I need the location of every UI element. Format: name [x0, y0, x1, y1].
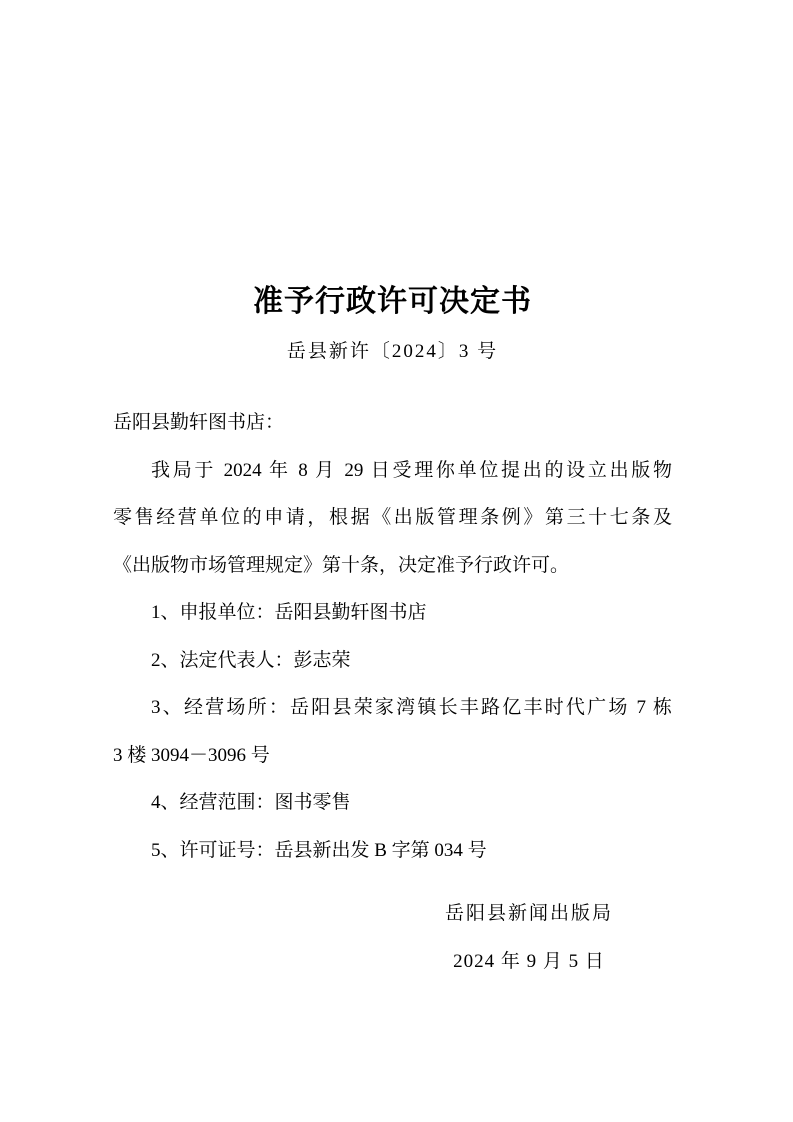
issue-date: 2024 年 9 月 5 日	[445, 938, 613, 986]
body-line: 《出版物市场管理规定》第十条，决定准予行政许可。	[113, 542, 672, 590]
body-line: 3、经营场所：岳阳县荣家湾镇长丰路亿丰时代广场 7 栋	[113, 684, 672, 732]
body-line: 我局于 2024 年 8 月 29 日受理你单位提出的设立出版物	[113, 447, 672, 495]
document-page: 准予行政许可决定书 岳县新许〔2024〕3 号 岳阳县勤轩图书店：我局于 202…	[0, 0, 793, 1122]
document-body: 岳阳县勤轩图书店：我局于 2024 年 8 月 29 日受理你单位提出的设立出版…	[113, 399, 672, 874]
issuer-name: 岳阳县新闻出版局	[445, 890, 613, 938]
body-line: 3 楼 3094－3096 号	[113, 732, 672, 780]
body-line: 4、经营范围：图书零售	[113, 779, 672, 827]
body-line: 岳阳县勤轩图书店：	[113, 399, 672, 447]
body-line: 零售经营单位的申请，根据《出版管理条例》第三十七条及	[113, 494, 672, 542]
body-line: 1、申报单位：岳阳县勤轩图书店	[113, 589, 672, 637]
body-line: 2、法定代表人：彭志荣	[113, 637, 672, 685]
document-title: 准予行政许可决定书	[113, 284, 672, 320]
document-number: 岳县新许〔2024〕3 号	[113, 339, 672, 365]
signature-block: 岳阳县新闻出版局 2024 年 9 月 5 日	[445, 890, 613, 985]
body-line: 5、许可证号：岳县新出发 B 字第 034 号	[113, 827, 672, 875]
